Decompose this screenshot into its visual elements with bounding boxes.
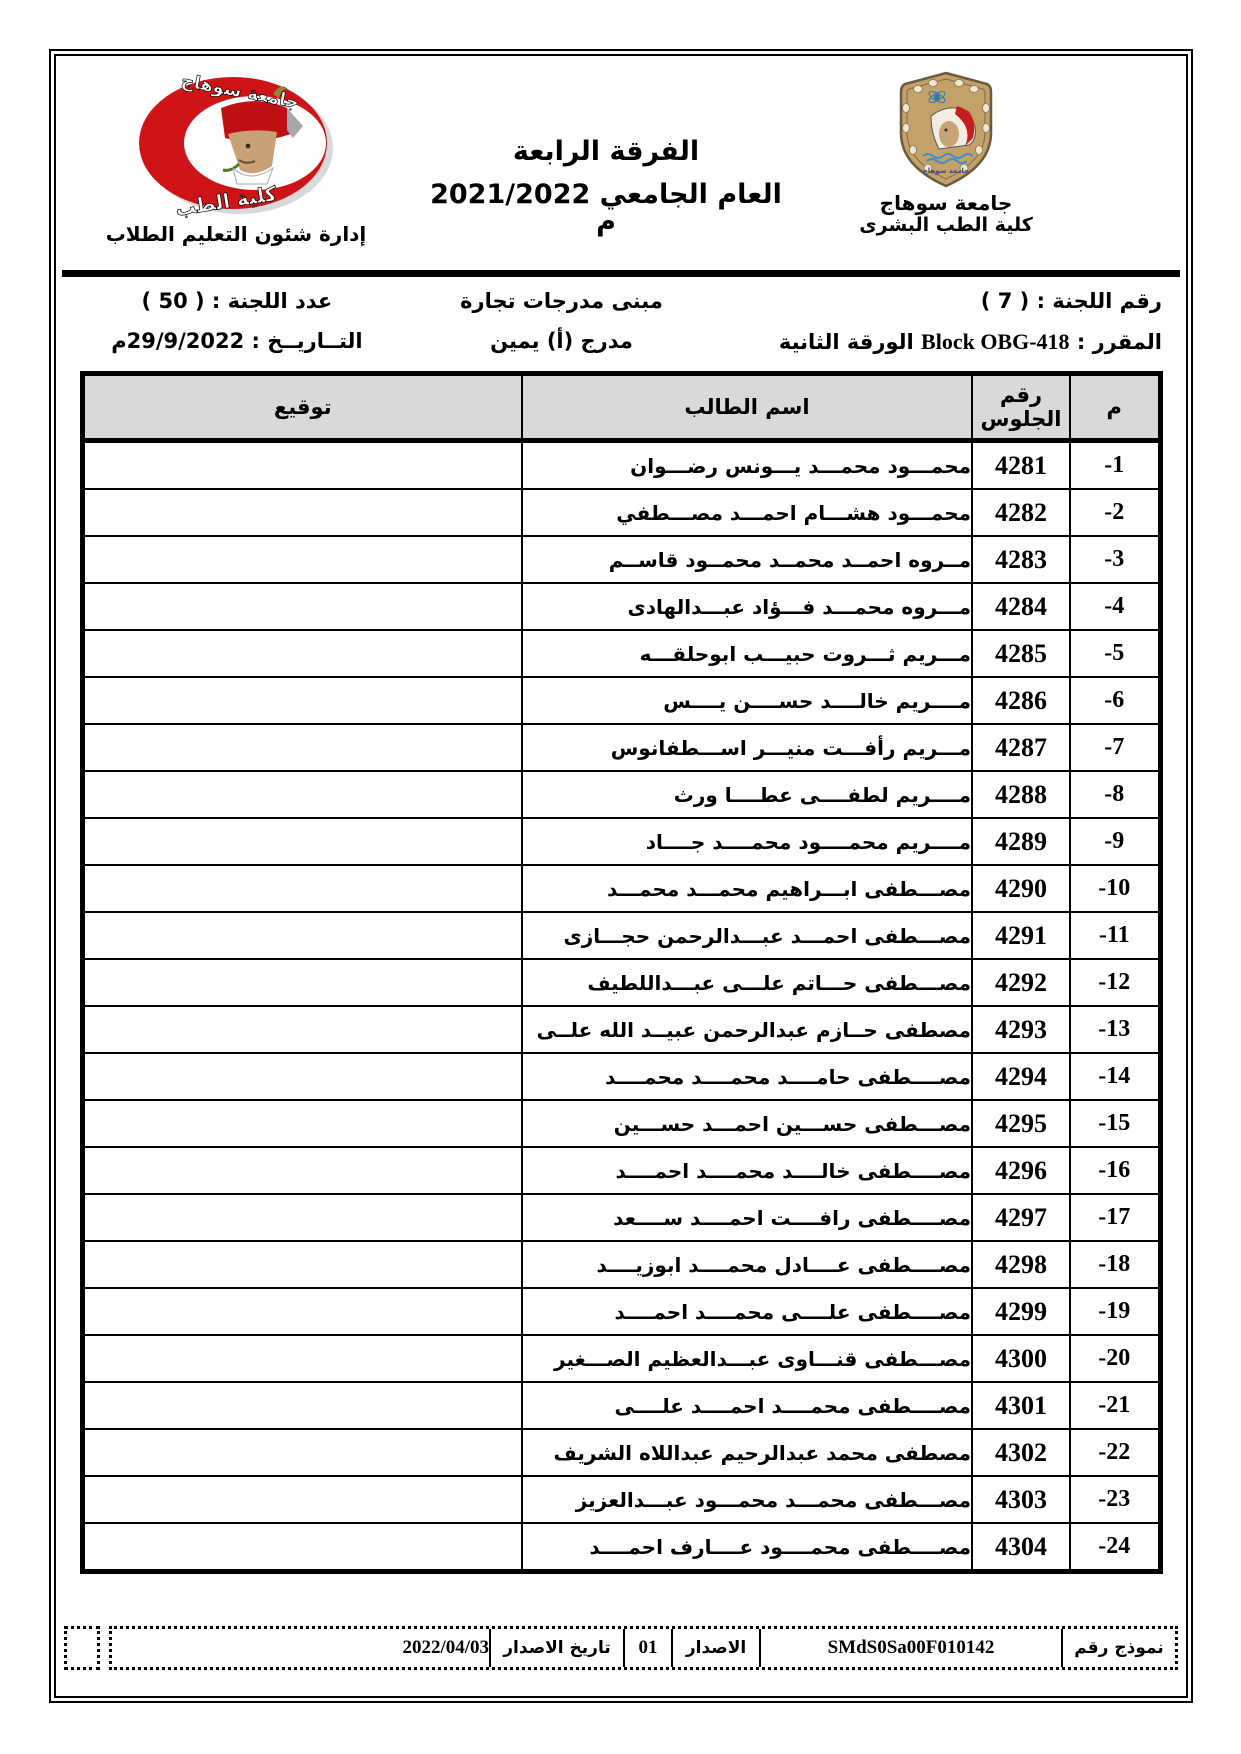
seat-number: 4293 bbox=[972, 1006, 1070, 1053]
faculty-name: كلية الطب البشرى bbox=[796, 215, 1096, 237]
university-block: جامعة سوهاج جامعة سوهاج كلية الطب البشرى bbox=[796, 66, 1096, 266]
admin-caption: إدارة شئون التعليم الطلاب bbox=[56, 222, 416, 246]
row-index: -7 bbox=[1070, 724, 1160, 771]
student-name: مــــريم محمــــود محمــــد جــــاد bbox=[522, 818, 972, 865]
title-block: الفرقة الرابعة العام الجامعي 2021/2022 م bbox=[416, 66, 796, 266]
seat-number: 4291 bbox=[972, 912, 1070, 959]
seat-number: 4294 bbox=[972, 1053, 1070, 1100]
version-label: الاصدار bbox=[671, 1629, 759, 1667]
student-name: محمـــود محمـــد يـــونس رضـــوان bbox=[522, 441, 972, 490]
signature-cell bbox=[82, 1476, 522, 1523]
student-row: -184298مصــــطفى عــــادل محمــــد ابوزي… bbox=[82, 1241, 1160, 1288]
seat-number: 4301 bbox=[972, 1382, 1070, 1429]
seat-number: 4285 bbox=[972, 630, 1070, 677]
student-row: -214301مصــــطفى محمــــد احمــــد علـــ… bbox=[82, 1382, 1160, 1429]
signature-cell bbox=[82, 1241, 522, 1288]
seat-number: 4302 bbox=[972, 1429, 1070, 1476]
header-divider bbox=[62, 270, 1180, 277]
student-row: -154295مصـــطفى حســـين احمـــد حســـين bbox=[82, 1100, 1160, 1147]
signature-cell bbox=[82, 912, 522, 959]
footer-form-bar: نموذج رقم SMdS0Sa00F010142 الاصدار 01 تا… bbox=[109, 1626, 1178, 1670]
row-index: -9 bbox=[1070, 818, 1160, 865]
signature-cell bbox=[82, 489, 522, 536]
seat-number: 4299 bbox=[972, 1288, 1070, 1335]
signature-cell bbox=[82, 1429, 522, 1476]
signature-cell bbox=[82, 1523, 522, 1572]
exam-date: التــاريــخ : 29/9/2022م bbox=[80, 329, 394, 355]
student-row: -234303مصـــطفى محمـــد محمـــود عبـــدا… bbox=[82, 1476, 1160, 1523]
row-index: -18 bbox=[1070, 1241, 1160, 1288]
info-row-1: رقم اللجنة : ( 7 ) مبنى مدرجات تجارة عدد… bbox=[80, 289, 1162, 313]
seat-number: 4298 bbox=[972, 1241, 1070, 1288]
seat-number: 4286 bbox=[972, 677, 1070, 724]
signature-cell bbox=[82, 1053, 522, 1100]
header-row: م رقم الجلوس اسم الطالب توقيع bbox=[82, 374, 1160, 441]
signature-cell bbox=[82, 677, 522, 724]
student-name: مصــــطفى حامــــد محمــــد محمــــد bbox=[522, 1053, 972, 1100]
student-name: مـــريم رأفـــت منيـــر اســـطفانوس bbox=[522, 724, 972, 771]
row-index: -11 bbox=[1070, 912, 1160, 959]
student-row: -34283مــروه احمــد محمــد محمــود قاســ… bbox=[82, 536, 1160, 583]
student-name: محمـــود هشـــام احمـــد مصـــطفي bbox=[522, 489, 972, 536]
student-name: مصـــطفى ابـــراهيم محمـــد محمـــد bbox=[522, 865, 972, 912]
student-name: مصطفى حــازم عبدالرحمن عبيــد الله علــى bbox=[522, 1006, 972, 1053]
student-roster-table: م رقم الجلوس اسم الطالب توقيع -14281محمـ… bbox=[80, 371, 1163, 1574]
header: جامعة سوهاج كلية الطب إدارة شئون التعليم… bbox=[56, 56, 1186, 266]
row-index: -1 bbox=[1070, 441, 1160, 490]
student-row: -104290مصـــطفى ابـــراهيم محمـــد محمــ… bbox=[82, 865, 1160, 912]
row-index: -6 bbox=[1070, 677, 1160, 724]
col-header-index: م bbox=[1070, 374, 1160, 441]
student-row: -64286مــــريم خالــــد حســــن يــــس bbox=[82, 677, 1160, 724]
student-name: مصـــطفى احمـــد عبـــدالرحمن حجـــازى bbox=[522, 912, 972, 959]
row-index: -19 bbox=[1070, 1288, 1160, 1335]
signature-cell bbox=[82, 630, 522, 677]
student-name: مـــروه محمـــد فـــؤاد عبـــدالهادى bbox=[522, 583, 972, 630]
student-row: -84288مــــريم لطفــــى عطــــا ورث bbox=[82, 771, 1160, 818]
seat-number: 4290 bbox=[972, 865, 1070, 912]
student-row: -164296مصــــطفى خالــــد محمــــد احمــ… bbox=[82, 1147, 1160, 1194]
student-row: -144294مصــــطفى حامــــد محمــــد محمــ… bbox=[82, 1053, 1160, 1100]
signature-cell bbox=[82, 771, 522, 818]
row-index: -16 bbox=[1070, 1147, 1160, 1194]
student-row: -134293مصطفى حــازم عبدالرحمن عبيــد الل… bbox=[82, 1006, 1160, 1053]
footer: نموذج رقم SMdS0Sa00F010142 الاصدار 01 تا… bbox=[64, 1626, 1178, 1670]
university-shield-logo-icon: جامعة سوهاج bbox=[893, 70, 999, 192]
student-name: مصطفى محمد عبدالرحيم عبداللاه الشريف bbox=[522, 1429, 972, 1476]
signature-cell bbox=[82, 1100, 522, 1147]
student-name: مصــــطفى محمــــد احمــــد علــــى bbox=[522, 1382, 972, 1429]
student-name: مصـــطفى حســـين احمـــد حســـين bbox=[522, 1100, 972, 1147]
row-index: -3 bbox=[1070, 536, 1160, 583]
building: مبنى مدرجات تجارة bbox=[394, 289, 729, 313]
signature-cell bbox=[82, 1194, 522, 1241]
student-row: -194299مصــــطفى علــــى محمــــد احمـــ… bbox=[82, 1288, 1160, 1335]
student-name: مصـــطفى حـــاتم علـــى عبـــداللطيف bbox=[522, 959, 972, 1006]
seat-number: 4283 bbox=[972, 536, 1070, 583]
seat-number: 4282 bbox=[972, 489, 1070, 536]
student-name: مــــريم لطفــــى عطــــا ورث bbox=[522, 771, 972, 818]
row-index: -13 bbox=[1070, 1006, 1160, 1053]
signature-cell bbox=[82, 1006, 522, 1053]
exam-info: رقم اللجنة : ( 7 ) مبنى مدرجات تجارة عدد… bbox=[56, 277, 1186, 355]
row-index: -5 bbox=[1070, 630, 1160, 677]
student-table-head: م رقم الجلوس اسم الطالب توقيع bbox=[82, 374, 1160, 441]
student-row: -204300مصـــطفى قنـــاوى عبـــدالعظيم ال… bbox=[82, 1335, 1160, 1382]
page-inner-border: جامعة سوهاج كلية الطب إدارة شئون التعليم… bbox=[54, 54, 1188, 1698]
student-name: مصـــطفى قنـــاوى عبـــدالعظيم الصـــغير bbox=[522, 1335, 972, 1382]
student-row: -14281محمـــود محمـــد يـــونس رضـــوان bbox=[82, 441, 1160, 490]
course-line: المقرر : Block OBG-418 الورقة الثانية bbox=[729, 329, 1162, 355]
seat-number: 4289 bbox=[972, 818, 1070, 865]
student-row: -174297مصــــطفى رافــــت احمــــد ســــ… bbox=[82, 1194, 1160, 1241]
seat-number: 4292 bbox=[972, 959, 1070, 1006]
signature-cell bbox=[82, 818, 522, 865]
signature-cell bbox=[82, 1288, 522, 1335]
version-value: 01 bbox=[623, 1629, 671, 1667]
student-row: -94289مــــريم محمــــود محمــــد جــــا… bbox=[82, 818, 1160, 865]
seat-number: 4281 bbox=[972, 441, 1070, 490]
grade-title: الفرقة الرابعة bbox=[416, 138, 796, 165]
row-index: -14 bbox=[1070, 1053, 1160, 1100]
course-code: Block OBG-418 bbox=[921, 329, 1070, 355]
shield-logo-caption: جامعة سوهاج bbox=[923, 167, 969, 175]
student-row: -114291مصـــطفى احمـــد عبـــدالرحمن حجـ… bbox=[82, 912, 1160, 959]
student-row: -24282محمـــود هشـــام احمـــد مصـــطفي bbox=[82, 489, 1160, 536]
col-header-signature: توقيع bbox=[82, 374, 522, 441]
seat-number: 4300 bbox=[972, 1335, 1070, 1382]
student-name: مــروه احمــد محمــد محمــود قاســم bbox=[522, 536, 972, 583]
signature-cell bbox=[82, 441, 522, 490]
student-row: -54285مـــريم ثـــروت حبيـــب ابوحلقـــه bbox=[82, 630, 1160, 677]
row-index: -8 bbox=[1070, 771, 1160, 818]
signature-cell bbox=[82, 1335, 522, 1382]
student-row: -224302مصطفى محمد عبدالرحيم عبداللاه الش… bbox=[82, 1429, 1160, 1476]
student-name: مصــــطفى خالــــد محمــــد احمــــد bbox=[522, 1147, 972, 1194]
row-index: -15 bbox=[1070, 1100, 1160, 1147]
committee-number: رقم اللجنة : ( 7 ) bbox=[729, 289, 1162, 313]
academic-year: العام الجامعي 2021/2022 م bbox=[416, 181, 796, 235]
student-name: مـــريم ثـــروت حبيـــب ابوحلقـــه bbox=[522, 630, 972, 677]
row-index: -22 bbox=[1070, 1429, 1160, 1476]
form-number-value: SMdS0Sa00F010142 bbox=[759, 1629, 1061, 1667]
student-name: مصـــطفى محمـــد محمـــود عبـــدالعزيز bbox=[522, 1476, 972, 1523]
col-header-name: اسم الطالب bbox=[522, 374, 972, 441]
signature-cell bbox=[82, 959, 522, 1006]
info-row-2: المقرر : Block OBG-418 الورقة الثانية مد… bbox=[80, 329, 1162, 355]
student-name: مصــــطفى رافــــت احمــــد ســــعد bbox=[522, 1194, 972, 1241]
signature-cell bbox=[82, 724, 522, 771]
document-page: { "colors": { "crescent_red": "#cf1418",… bbox=[0, 0, 1241, 1754]
footer-corner-box bbox=[64, 1626, 100, 1670]
student-name: مصــــطفى محمــــود عــــارف احمــــد bbox=[522, 1523, 972, 1572]
crescent-medicine-logo-icon: جامعة سوهاج كلية الطب bbox=[127, 72, 345, 220]
release-date-label: تاريخ الاصدار bbox=[489, 1629, 623, 1667]
student-row: -74287مـــريم رأفـــت منيـــر اســـطفانو… bbox=[82, 724, 1160, 771]
row-index: -23 bbox=[1070, 1476, 1160, 1523]
row-index: -12 bbox=[1070, 959, 1160, 1006]
col-header-seat: رقم الجلوس bbox=[972, 374, 1070, 441]
student-row: -44284مـــروه محمـــد فـــؤاد عبـــدالها… bbox=[82, 583, 1160, 630]
course-paper: الورقة الثانية bbox=[779, 330, 914, 354]
admin-block: جامعة سوهاج كلية الطب إدارة شئون التعليم… bbox=[56, 66, 416, 266]
seat-number: 4297 bbox=[972, 1194, 1070, 1241]
seat-number: 4284 bbox=[972, 583, 1070, 630]
row-index: -4 bbox=[1070, 583, 1160, 630]
row-index: -2 bbox=[1070, 489, 1160, 536]
seat-number: 4295 bbox=[972, 1100, 1070, 1147]
committee-count: عدد اللجنة : ( 50 ) bbox=[80, 289, 394, 313]
row-index: -10 bbox=[1070, 865, 1160, 912]
row-index: -24 bbox=[1070, 1523, 1160, 1572]
student-name: مصــــطفى علــــى محمــــد احمــــد bbox=[522, 1288, 972, 1335]
form-number-label: نموذج رقم bbox=[1061, 1629, 1175, 1667]
row-index: -21 bbox=[1070, 1382, 1160, 1429]
seat-number: 4296 bbox=[972, 1147, 1070, 1194]
signature-cell bbox=[82, 1382, 522, 1429]
row-index: -17 bbox=[1070, 1194, 1160, 1241]
student-name: مصــــطفى عــــادل محمــــد ابوزيــــد bbox=[522, 1241, 972, 1288]
university-name: جامعة سوهاج bbox=[796, 192, 1096, 215]
signature-cell bbox=[82, 1147, 522, 1194]
student-row: -124292مصـــطفى حـــاتم علـــى عبـــدالل… bbox=[82, 959, 1160, 1006]
signature-cell bbox=[82, 865, 522, 912]
course-label: المقرر : bbox=[1077, 330, 1162, 354]
seat-number: 4287 bbox=[972, 724, 1070, 771]
student-table-body: -14281محمـــود محمـــد يـــونس رضـــوان-… bbox=[82, 441, 1160, 1572]
student-row: -244304مصــــطفى محمــــود عــــارف احمـ… bbox=[82, 1523, 1160, 1572]
signature-cell bbox=[82, 536, 522, 583]
seat-number: 4288 bbox=[972, 771, 1070, 818]
release-date-value: 2022/04/03 bbox=[112, 1629, 489, 1667]
student-name: مــــريم خالــــد حســــن يــــس bbox=[522, 677, 972, 724]
signature-cell bbox=[82, 583, 522, 630]
row-index: -20 bbox=[1070, 1335, 1160, 1382]
seat-number: 4303 bbox=[972, 1476, 1070, 1523]
page-outer-border: جامعة سوهاج كلية الطب إدارة شئون التعليم… bbox=[49, 49, 1193, 1703]
seat-number: 4304 bbox=[972, 1523, 1070, 1572]
hall: مدرج (أ) يمين bbox=[394, 329, 729, 355]
